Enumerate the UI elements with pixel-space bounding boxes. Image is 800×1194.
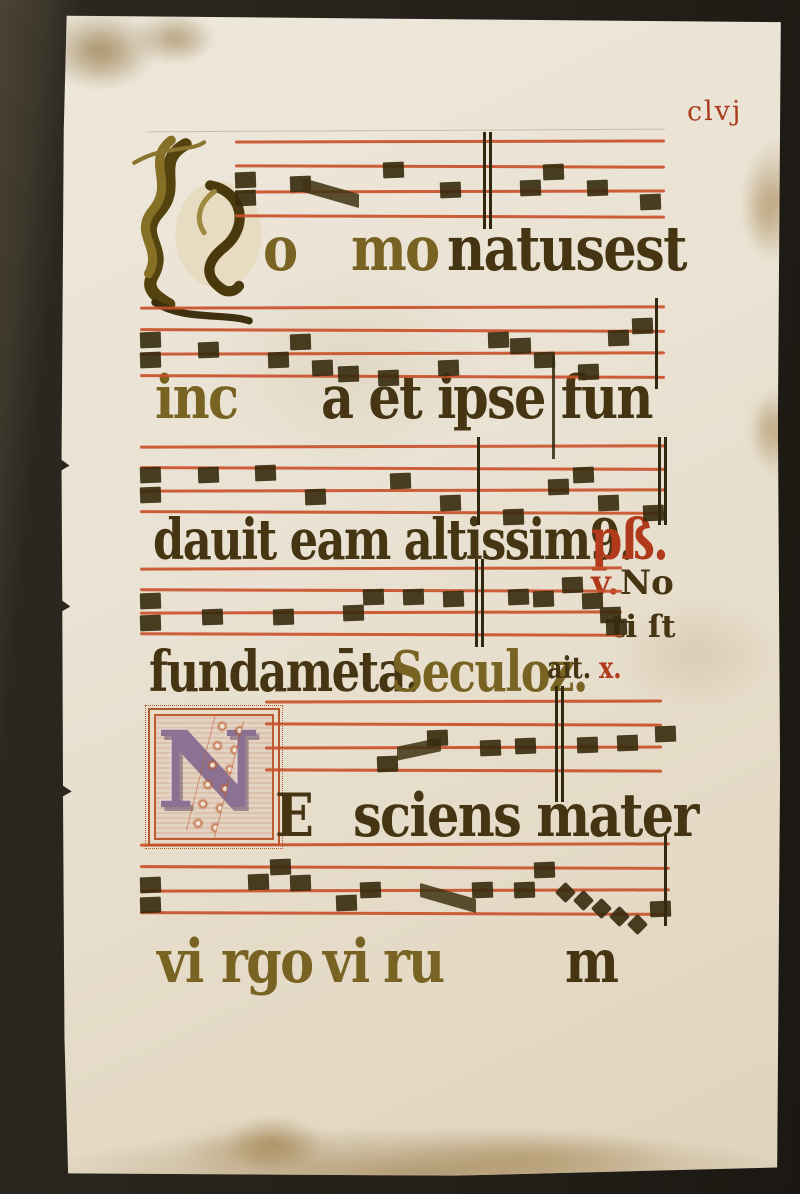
chant-text-segment: ait. (547, 654, 591, 684)
neume (598, 495, 620, 512)
staff-line (235, 139, 665, 143)
music-stave (140, 445, 667, 527)
neume (606, 619, 628, 636)
neume (578, 364, 600, 381)
neume (290, 875, 312, 892)
neume (438, 360, 460, 377)
neume (255, 465, 277, 482)
staff-line (140, 510, 667, 514)
folio-number: clvj (687, 98, 743, 126)
neume (520, 180, 542, 197)
neume (140, 877, 162, 894)
stain (745, 164, 785, 254)
neume (273, 609, 295, 626)
neume (534, 862, 556, 879)
staff-line (235, 214, 665, 218)
neume (427, 730, 449, 747)
neume (140, 487, 162, 504)
divider-bar (483, 132, 492, 229)
staff-line (265, 722, 662, 726)
neume (248, 874, 270, 891)
phrase-divider-bar (552, 355, 555, 459)
neume (235, 172, 257, 189)
music-stave (235, 140, 665, 231)
neume (312, 360, 334, 377)
chant-text-segment: sciens mater (353, 786, 698, 846)
neume (514, 882, 536, 899)
neume (640, 194, 662, 211)
staff-line (140, 566, 622, 570)
staff-line (235, 164, 665, 168)
stain (63, 24, 143, 84)
neume (472, 882, 494, 899)
neume (488, 332, 510, 349)
neume (510, 338, 532, 355)
chant-text-segment: No (620, 566, 674, 600)
neume (617, 735, 639, 752)
neume (290, 334, 312, 351)
neume (632, 318, 654, 335)
neume (338, 366, 360, 383)
chant-text-segment: fundamēta. (149, 644, 419, 700)
chant-text-segment: E (275, 786, 312, 846)
chant-text-segment: ru (383, 932, 444, 992)
neume (198, 467, 220, 484)
divider-bar (658, 437, 667, 525)
divider-bar (477, 437, 480, 525)
music-stave (140, 567, 622, 649)
staff-line (265, 768, 662, 772)
chant-text-segment: rgo (221, 932, 312, 992)
neume (270, 859, 292, 876)
staff-line (140, 632, 622, 636)
neume (577, 737, 599, 754)
staff-line (140, 911, 670, 915)
staff-line (140, 328, 665, 332)
staff-line (140, 305, 665, 309)
stain (385, 1134, 685, 1180)
neume (443, 591, 465, 608)
neume (343, 605, 365, 622)
chant-text-segment: x. (599, 654, 622, 684)
staff-line (265, 746, 662, 750)
neume (377, 756, 399, 773)
neume (390, 473, 412, 490)
stain (750, 394, 786, 464)
divider-bar (655, 298, 658, 389)
staff-line (140, 444, 667, 448)
music-stave (265, 700, 662, 785)
neume (440, 495, 462, 512)
stain (145, 20, 215, 60)
neume (480, 740, 502, 757)
neume (608, 330, 630, 347)
divider-bar (475, 559, 484, 647)
chant-text-segment: m (565, 932, 617, 992)
neume (562, 577, 584, 594)
neume (268, 352, 290, 369)
neume (140, 332, 162, 349)
neume (548, 479, 570, 496)
neume (533, 591, 555, 608)
music-stave (140, 306, 665, 391)
neume (420, 883, 476, 913)
music-stave (140, 843, 670, 928)
divider-bar (664, 835, 667, 926)
neume (515, 738, 537, 755)
neume (543, 164, 565, 181)
neume (336, 895, 358, 912)
neume (140, 897, 162, 914)
neume (140, 352, 162, 369)
neume (235, 190, 257, 207)
neume (140, 615, 162, 632)
chant-text-segment: vi (323, 932, 369, 992)
stain (175, 1124, 335, 1174)
neume (363, 589, 385, 606)
neume (503, 509, 525, 526)
chant-text-segment: vi (157, 932, 203, 992)
neume (305, 489, 327, 506)
neume (655, 726, 677, 743)
staff-line (265, 700, 662, 704)
neume (198, 342, 220, 359)
neume (378, 370, 400, 387)
neume (360, 882, 382, 899)
neume (573, 467, 595, 484)
neume (403, 589, 425, 606)
neume (440, 182, 462, 199)
neume (140, 593, 162, 610)
staff-line (140, 488, 667, 492)
neume (650, 901, 672, 918)
neume (202, 609, 224, 626)
manuscript-leaf: clvj N omonatusestinca et ipse fundauit … (55, 14, 783, 1178)
divider-bar (555, 686, 564, 802)
illuminated-initial-n: N (148, 708, 280, 846)
neume (587, 180, 609, 197)
neume (627, 914, 648, 935)
staff-line (140, 842, 670, 846)
neume (383, 162, 405, 179)
staff-line (140, 888, 670, 892)
staff-line (140, 865, 670, 869)
neume (140, 467, 162, 484)
neume (508, 589, 530, 606)
neume (303, 178, 359, 208)
photo-background: clvj N omonatusestinca et ipse fundauit … (0, 0, 800, 1194)
